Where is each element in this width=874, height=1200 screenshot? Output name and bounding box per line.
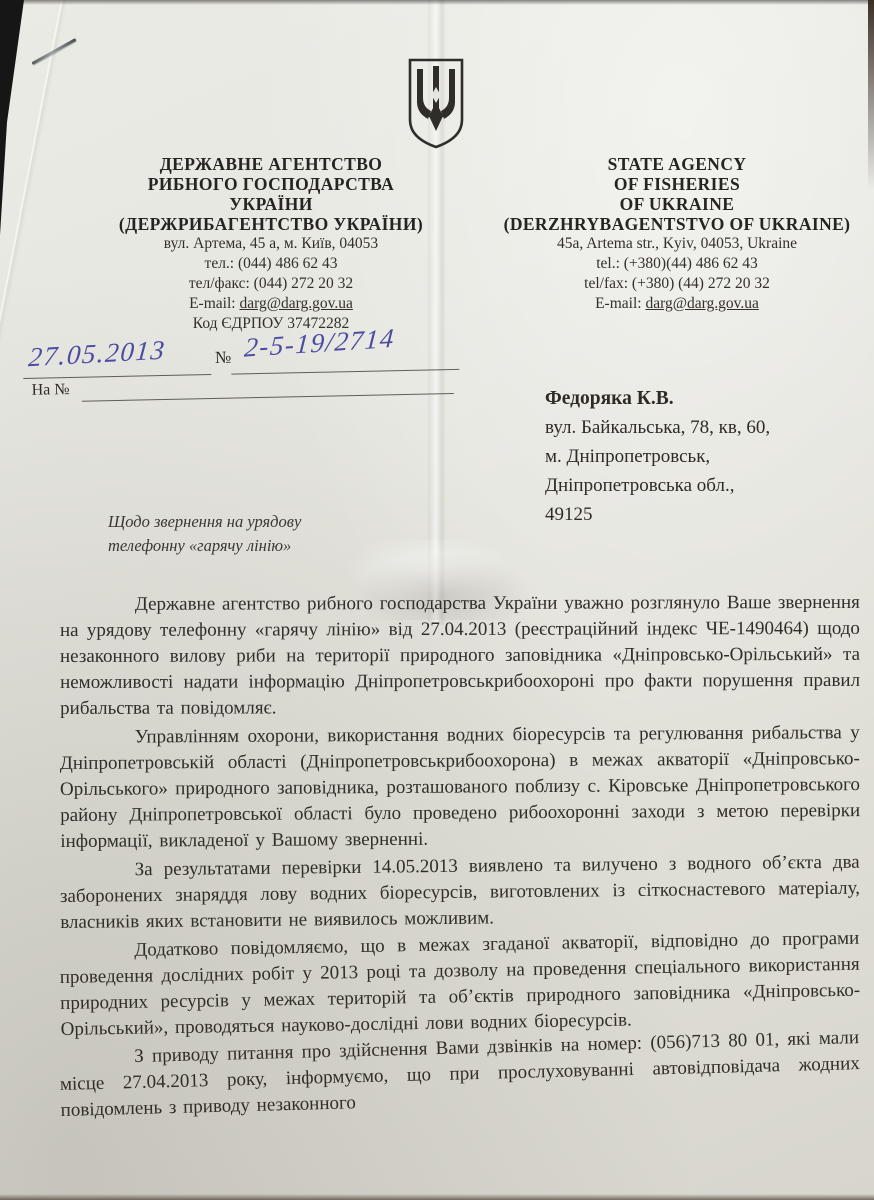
reference-block: 27.05.2013 № 2-5-19/2714 На № [20, 325, 466, 409]
subject-line: Щодо звернення на урядову [108, 510, 301, 534]
body-paragraph: Державне агентство рибного господарства … [60, 590, 860, 722]
sender-en-email-line: E-mail: darg@darg.gov.ua [488, 294, 866, 314]
email-label: E-mail: [595, 295, 642, 312]
handwritten-date: 27.05.2013 [27, 335, 167, 374]
reply-to-number-label: На № [31, 381, 69, 400]
letter-body: Державне агентство рибного господарства … [60, 592, 860, 1127]
sender-uk-phone: тел.: (044) 486 62 43 [78, 254, 464, 274]
sender-en-address: 45a, Artema str., Kyiv, 04053, Ukraine [488, 234, 866, 254]
recipient-name: Федоряка К.В. [545, 384, 770, 413]
sender-block-english: STATE AGENCY OF FISHERIES OF UKRAINE (DE… [488, 154, 866, 314]
sender-en-title-line: OF FISHERIES [488, 174, 866, 194]
sender-uk-title-line: УКРАЇНИ [78, 194, 464, 214]
body-paragraph: За результатами перевірки 14.05.2013 вия… [60, 850, 861, 936]
sender-en-title-line: OF UKRAINE [488, 194, 866, 214]
sender-en-email: darg@darg.gov.ua [645, 295, 758, 312]
number-sign-label: № [215, 348, 232, 368]
sender-uk-address: вул. Артема, 45 а, м. Київ, 04053 [78, 234, 464, 254]
sender-block-ukrainian: ДЕРЖАВНЕ АГЕНТСТВО РИБНОГО ГОСПОДАРСТВА … [78, 154, 464, 334]
recipient-address-line: Дніпропетровська обл., [545, 471, 770, 500]
sender-en-phone: tel.: (+380)(44) 486 62 43 [488, 254, 866, 274]
subject-line: телефонну «гарячу лінію» [108, 534, 301, 558]
scanned-letter-page: ДЕРЖАВНЕ АГЕНТСТВО РИБНОГО ГОСПОДАРСТВА … [0, 0, 874, 1200]
email-label: E-mail: [189, 295, 236, 312]
recipient-address-line: вул. Байкальська, 78, кв, 60, [545, 413, 770, 442]
recipient-address-line: м. Дніпропетровськ, [545, 442, 770, 471]
recipient-block: Федоряка К.В. вул. Байкальська, 78, кв, … [545, 384, 770, 529]
sender-uk-title-line: (ДЕРЖРИБАГЕНТСТВО УКРАЇНИ) [78, 214, 464, 234]
body-paragraph: Додатково повідомляємо, що в межах згада… [59, 926, 861, 1043]
sender-en-title-line: (DERZHRYBAGENTSTVO OF UKRAINE) [488, 214, 866, 234]
recipient-postal-code: 49125 [545, 500, 770, 529]
date-underline [23, 374, 211, 379]
page-top-edge-shadow [0, 0, 874, 5]
sender-en-fax: tel/fax: (+380) (44) 272 20 32 [488, 274, 866, 294]
sender-uk-email: darg@darg.gov.ua [239, 295, 352, 312]
sender-en-title-line: STATE AGENCY [488, 154, 866, 174]
body-paragraph: Управлінням охорони, використання водних… [60, 720, 861, 855]
page-bottom-edge-shadow [0, 1194, 874, 1200]
reply-number-underline [82, 393, 454, 402]
page-right-edge-shadow [868, 0, 874, 190]
sender-uk-title-line: РИБНОГО ГОСПОДАРСТВА [78, 174, 464, 194]
sender-uk-title-line: ДЕРЖАВНЕ АГЕНТСТВО [78, 154, 464, 174]
ukraine-trident-emblem-icon [405, 56, 467, 151]
sender-uk-fax: тел/факс: (044) 272 20 32 [78, 274, 464, 294]
handwritten-outgoing-number: 2-5-19/2714 [243, 323, 396, 364]
subject-block: Щодо звернення на урядову телефонну «гар… [108, 510, 301, 558]
number-underline [231, 369, 459, 375]
sender-uk-email-line: E-mail: darg@darg.gov.ua [78, 294, 464, 314]
